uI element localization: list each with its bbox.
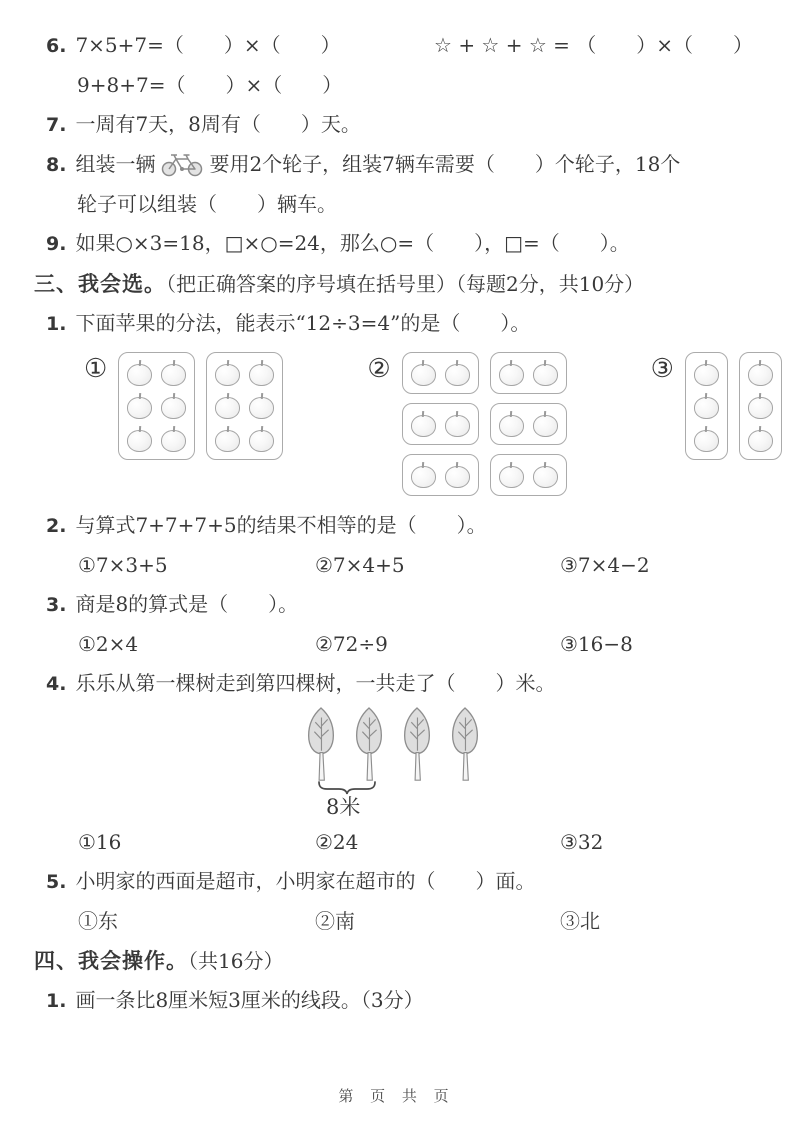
question-number: 9. bbox=[46, 233, 66, 255]
question-6-equation-2: 9+8+7=（ ）×（ ） bbox=[46, 66, 765, 105]
choice-question-4-options: ①16 ②24 ③32 bbox=[34, 823, 765, 862]
apple-icon bbox=[694, 430, 719, 452]
apple-icon bbox=[533, 364, 558, 386]
apple-box bbox=[490, 454, 567, 496]
choice-question-4-text: 乐乐从第一棵树走到第四棵树，一共走了（ ）米。 bbox=[75, 671, 555, 695]
group-label: ② bbox=[367, 356, 390, 382]
apple-icon bbox=[533, 466, 558, 488]
choice-question-3-text: 商是8的算式是（ ）。 bbox=[75, 592, 298, 616]
question-9-text: 如果○×3=18，□×○=24，那么○=（ ），□=（ ）。 bbox=[75, 231, 629, 255]
choice-question-5: 5.小明家的西面是超市，小明家在超市的（ ）面。 bbox=[34, 862, 765, 902]
option-2: ②24 bbox=[315, 823, 560, 862]
apple-icon bbox=[694, 397, 719, 419]
tree-icon bbox=[302, 706, 340, 784]
apple-icon bbox=[161, 430, 186, 452]
apple-icon bbox=[215, 397, 240, 419]
choice-question-3-options: ①2×4 ②72÷9 ③16−8 bbox=[34, 625, 765, 664]
question-number: 5. bbox=[46, 871, 66, 893]
question-number: 1. bbox=[46, 990, 66, 1012]
apple-icon bbox=[411, 364, 436, 386]
tree-icon bbox=[398, 706, 436, 784]
apple-icon bbox=[249, 397, 274, 419]
group-label: ③ bbox=[651, 356, 674, 382]
apple-box bbox=[685, 352, 728, 460]
choice-question-2-text: 与算式7+7+7+5的结果不相等的是（ ）。 bbox=[75, 513, 486, 537]
bicycle-icon bbox=[160, 150, 204, 177]
question-number: 7. bbox=[46, 114, 66, 136]
question-9: 9.如果○×3=18，□×○=24，那么○=（ ），□=（ ）。 bbox=[34, 224, 765, 264]
question-7-text: 一周有7天，8周有（ ）天。 bbox=[75, 112, 360, 136]
apple-box bbox=[490, 403, 567, 445]
apple-icon bbox=[215, 364, 240, 386]
worksheet-content: 6. 7×5+7=（ ）×（ ） ☆ + ☆ + ☆ = （ ）×（ ） 9+8… bbox=[0, 0, 793, 1021]
question-number: 8. bbox=[46, 154, 66, 176]
option-2: ②7×4+5 bbox=[315, 546, 560, 585]
apple-icon bbox=[499, 466, 524, 488]
option-3: ③7×4−2 bbox=[560, 546, 765, 585]
question-6-equation-1: 7×5+7=（ ）×（ ） bbox=[75, 26, 340, 65]
apple-icon bbox=[499, 364, 524, 386]
question-8-text-after: 要用2个轮子，组装7辆车需要（ ）个轮子，18个 bbox=[209, 152, 680, 176]
group-label: ① bbox=[84, 356, 107, 382]
apple-icon bbox=[445, 466, 470, 488]
apple-icon bbox=[127, 397, 152, 419]
section-4-title: 四、我会操作。 bbox=[34, 949, 188, 973]
question-number: 6. bbox=[46, 27, 66, 66]
question-number: 4. bbox=[46, 673, 66, 695]
tree-icon bbox=[446, 706, 484, 784]
option-1: ①东 bbox=[78, 902, 315, 941]
choice-question-2-options: ①7×3+5 ②7×4+5 ③7×4−2 bbox=[34, 546, 765, 585]
apple-icon bbox=[499, 415, 524, 437]
section-4-note: （共16分） bbox=[188, 949, 283, 973]
apple-icon bbox=[748, 397, 773, 419]
apple-icon bbox=[445, 415, 470, 437]
question-7: 7.一周有7天，8周有（ ）天。 bbox=[34, 105, 765, 145]
option-1: ①2×4 bbox=[78, 625, 315, 664]
apple-box bbox=[402, 352, 479, 394]
choice-question-5-options: ①东 ②南 ③北 bbox=[34, 902, 765, 941]
option-3: ③北 bbox=[560, 902, 765, 941]
option-1: ①16 bbox=[78, 823, 315, 862]
apple-figure: ①②③ bbox=[34, 344, 765, 506]
apple-icon bbox=[411, 415, 436, 437]
tree-figure: 8米 bbox=[302, 706, 765, 819]
choice-question-1-text: 下面苹果的分法，能表示“12÷3=4”的是（ ）。 bbox=[75, 311, 530, 335]
question-number: 1. bbox=[46, 313, 66, 335]
question-8-text-before: 组装一辆 bbox=[75, 152, 155, 176]
apple-box bbox=[739, 352, 782, 460]
apple-box bbox=[402, 403, 479, 445]
section-3-heading: 三、我会选。（把正确答案的序号填在括号里）（每题2分，共10分） bbox=[34, 264, 765, 304]
apple-box bbox=[402, 454, 479, 496]
option-1: ①7×3+5 bbox=[78, 546, 315, 585]
question-8-line-2: 轮子可以组装（ ）辆车。 bbox=[46, 185, 765, 224]
apple-icon bbox=[748, 430, 773, 452]
apple-box bbox=[118, 352, 195, 460]
apple-icon bbox=[533, 415, 558, 437]
question-number: 3. bbox=[46, 594, 66, 616]
apple-icon bbox=[445, 364, 470, 386]
option-2: ②72÷9 bbox=[315, 625, 560, 664]
question-6: 6. 7×5+7=（ ）×（ ） ☆ + ☆ + ☆ = （ ）×（ ） 9+8… bbox=[34, 26, 765, 105]
apple-group-2: ② bbox=[367, 352, 566, 496]
question-8: 8.组装一辆要用2个轮子，组装7辆车需要（ ）个轮子，18个 轮子可以组装（ ）… bbox=[34, 145, 765, 224]
apple-icon bbox=[127, 364, 152, 386]
apple-icon bbox=[694, 364, 719, 386]
apple-icon bbox=[249, 364, 274, 386]
choice-question-2: 2.与算式7+7+7+5的结果不相等的是（ ）。 bbox=[34, 506, 765, 546]
option-3: ③16−8 bbox=[560, 625, 765, 664]
section-4-heading: 四、我会操作。（共16分） bbox=[34, 941, 765, 981]
apple-icon bbox=[215, 430, 240, 452]
apple-group-1: ① bbox=[84, 352, 283, 460]
choice-question-5-text: 小明家的西面是超市，小明家在超市的（ ）面。 bbox=[75, 869, 535, 893]
worksheet-page: 6. 7×5+7=（ ）×（ ） ☆ + ☆ + ☆ = （ ）×（ ） 9+8… bbox=[0, 0, 793, 1122]
trees-illustration bbox=[302, 706, 765, 784]
apple-box bbox=[490, 352, 567, 394]
operate-question-1-text: 画一条比8厘米短3厘米的线段。（3分） bbox=[75, 988, 423, 1012]
option-3: ③32 bbox=[560, 823, 765, 862]
question-6-star-equation: ☆ + ☆ + ☆ = （ ）×（ ） bbox=[434, 26, 765, 65]
apple-group-3: ③ bbox=[651, 352, 793, 460]
choice-question-4: 4.乐乐从第一棵树走到第四棵树，一共走了（ ）米。 bbox=[34, 664, 765, 704]
option-2: ②南 bbox=[315, 902, 560, 941]
choice-question-1: 1.下面苹果的分法，能表示“12÷3=4”的是（ ）。 bbox=[34, 304, 765, 344]
section-3-title: 三、我会选。 bbox=[34, 272, 166, 296]
apple-icon bbox=[161, 397, 186, 419]
apple-icon bbox=[127, 430, 152, 452]
section-3-note: （把正确答案的序号填在括号里）（每题2分，共10分） bbox=[166, 272, 644, 296]
choice-question-3: 3.商是8的算式是（ ）。 bbox=[34, 585, 765, 625]
apple-icon bbox=[748, 364, 773, 386]
apple-icon bbox=[249, 430, 274, 452]
operate-question-1: 1.画一条比8厘米短3厘米的线段。（3分） bbox=[34, 981, 765, 1021]
tree-icon bbox=[350, 706, 388, 784]
question-number: 2. bbox=[46, 515, 66, 537]
apple-box bbox=[206, 352, 283, 460]
apple-icon bbox=[161, 364, 186, 386]
brace-label: 8米 bbox=[326, 795, 765, 819]
footer-page-label: 第 页 共 页 bbox=[0, 1085, 793, 1106]
apple-icon bbox=[411, 466, 436, 488]
